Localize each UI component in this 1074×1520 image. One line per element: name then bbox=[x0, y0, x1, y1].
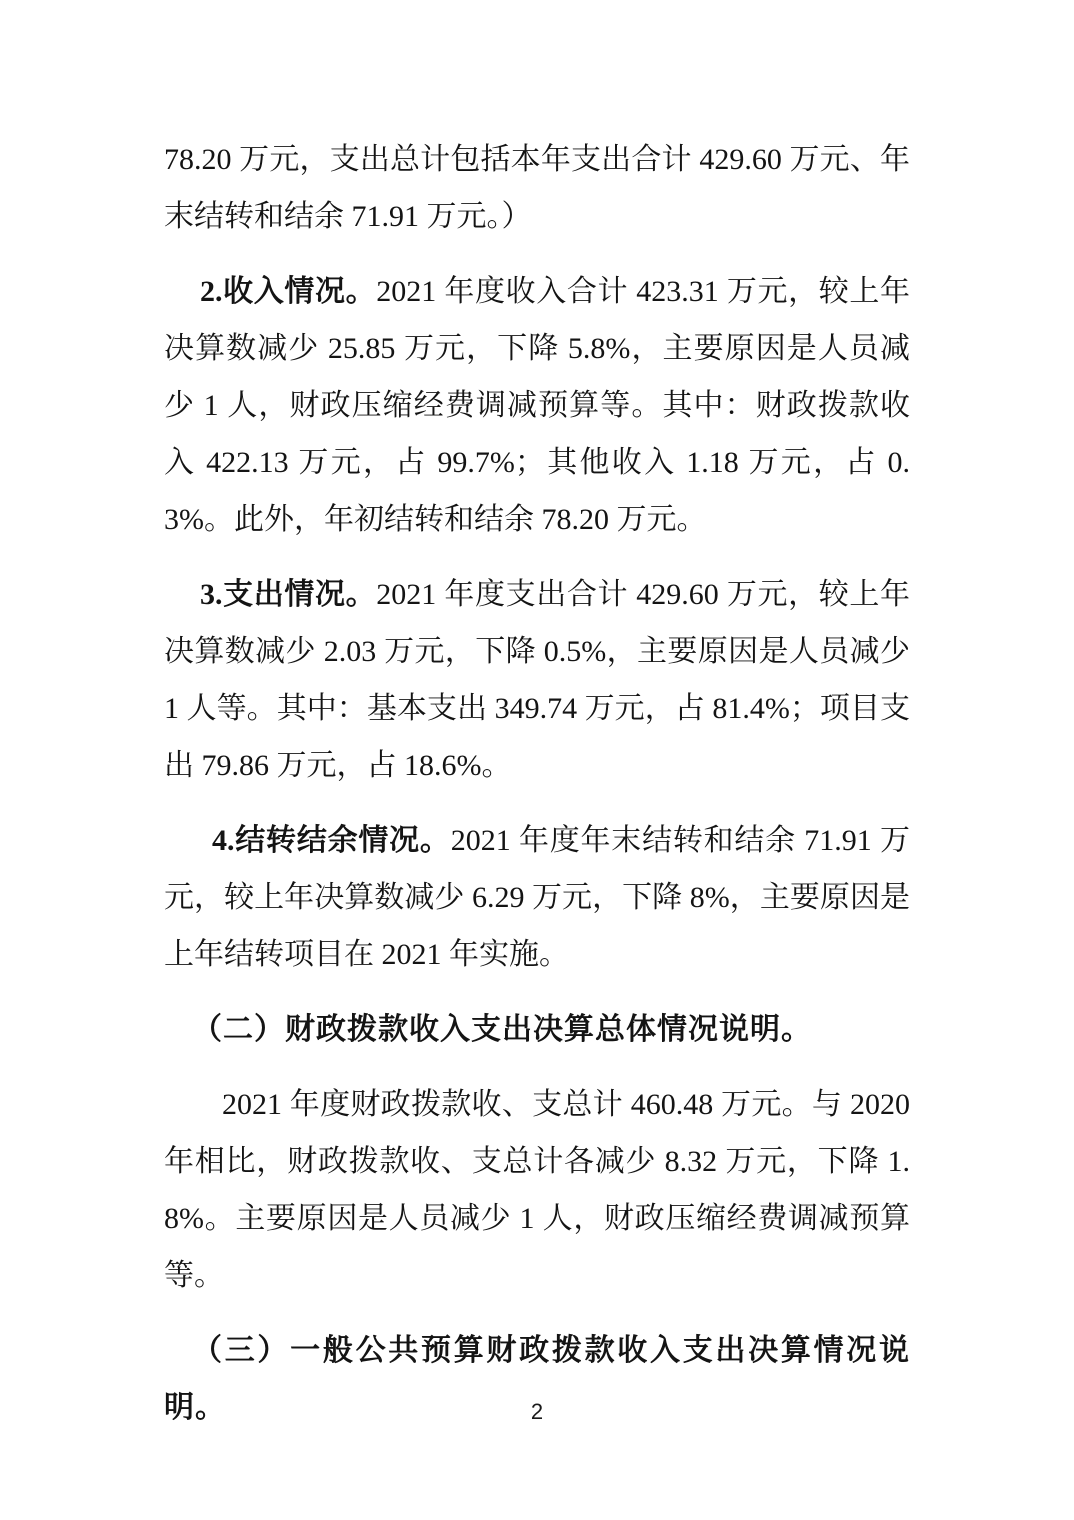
paragraph-carryover-situation: 4.结转结余情况。2021 年度年末结转和结余 71.91 万元，较上年决算数减… bbox=[164, 812, 910, 983]
page-number: 2 bbox=[0, 1398, 1074, 1426]
paragraph-expenditure-situation: 3.支出情况。2021 年度支出合计 429.60 万元，较上年决算数减少 2.… bbox=[164, 566, 910, 794]
expenditure-item-label: 3.支出情况。 bbox=[200, 578, 376, 611]
document-page: 78.20 万元，支出总计包括本年支出合计 429.60 万元、年末结转和结余 … bbox=[0, 0, 1074, 1520]
paragraph-fiscal-appropriation-overview: 2021 年度财政拨款收、支总计 460.48 万元。与 2020 年相比，财政… bbox=[164, 1076, 910, 1304]
document-content: 78.20 万元，支出总计包括本年支出合计 429.60 万元、年末结转和结余 … bbox=[164, 131, 910, 1454]
paragraph-income-situation: 2.收入情况。2021 年度收入合计 423.31 万元，较上年决算数减少 25… bbox=[164, 263, 910, 548]
carryover-item-label: 4.结转结余情况。 bbox=[212, 824, 451, 857]
income-item-label: 2.收入情况。 bbox=[200, 275, 376, 308]
paragraph-budget-totals-continuation: 78.20 万元，支出总计包括本年支出合计 429.60 万元、年末结转和结余 … bbox=[164, 131, 910, 245]
income-item-text: 2021 年度收入合计 423.31 万元，较上年决算数减少 25.85 万元，… bbox=[164, 275, 910, 536]
section-heading-fiscal-appropriation-overview: （二）财政拨款收入支出决算总体情况说明。 bbox=[164, 1001, 910, 1058]
